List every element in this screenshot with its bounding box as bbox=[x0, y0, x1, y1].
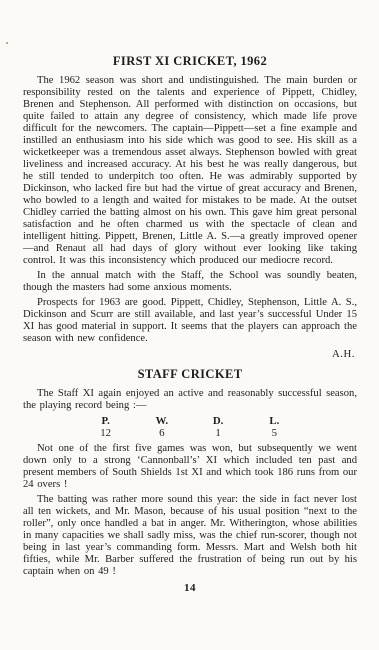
record-value-drawn: 1 bbox=[190, 427, 246, 439]
record-value-won: 6 bbox=[134, 427, 190, 439]
staff-intro-paragraph: The Staff XI again enjoyed an active and… bbox=[23, 388, 357, 412]
page-number: 14 bbox=[23, 582, 357, 594]
scanned-document-page: FIRST XI CRICKET, 1962 The 1962 season w… bbox=[0, 0, 379, 650]
staff-paragraph-results: Not one of the first five games was won,… bbox=[23, 443, 357, 491]
record-header-row: P. W. D. L. bbox=[78, 415, 303, 427]
first-xi-cricket-article: FIRST XI CRICKET, 1962 The 1962 season w… bbox=[23, 54, 357, 360]
first-xi-paragraph-prospects: Prospects for 1963 are good. Pippett, Ch… bbox=[23, 297, 357, 345]
staff-article-title: STAFF CRICKET bbox=[23, 367, 357, 382]
first-xi-paragraph-season-review: The 1962 season was short and undistingu… bbox=[23, 75, 357, 267]
author-initials: A.H. bbox=[23, 348, 355, 360]
record-values-row: 12 6 1 5 bbox=[78, 427, 303, 439]
record-header-drawn: D. bbox=[190, 415, 246, 427]
page-content: FIRST XI CRICKET, 1962 The 1962 season w… bbox=[0, 0, 379, 594]
record-value-played: 12 bbox=[78, 427, 134, 439]
first-xi-article-title: FIRST XI CRICKET, 1962 bbox=[23, 54, 357, 69]
staff-cricket-article: STAFF CRICKET The Staff XI again enjoyed… bbox=[23, 367, 357, 578]
first-xi-paragraph-staff-match: In the annual match with the Staff, the … bbox=[23, 270, 357, 294]
playing-record-table: P. W. D. L. 12 6 1 5 bbox=[78, 415, 303, 439]
staff-paragraph-batting: The batting was rather more sound this y… bbox=[23, 494, 357, 578]
record-header-won: W. bbox=[134, 415, 190, 427]
scan-artifact-speck bbox=[6, 42, 8, 44]
record-header-lost: L. bbox=[246, 415, 302, 427]
record-value-lost: 5 bbox=[246, 427, 302, 439]
record-header-played: P. bbox=[78, 415, 134, 427]
